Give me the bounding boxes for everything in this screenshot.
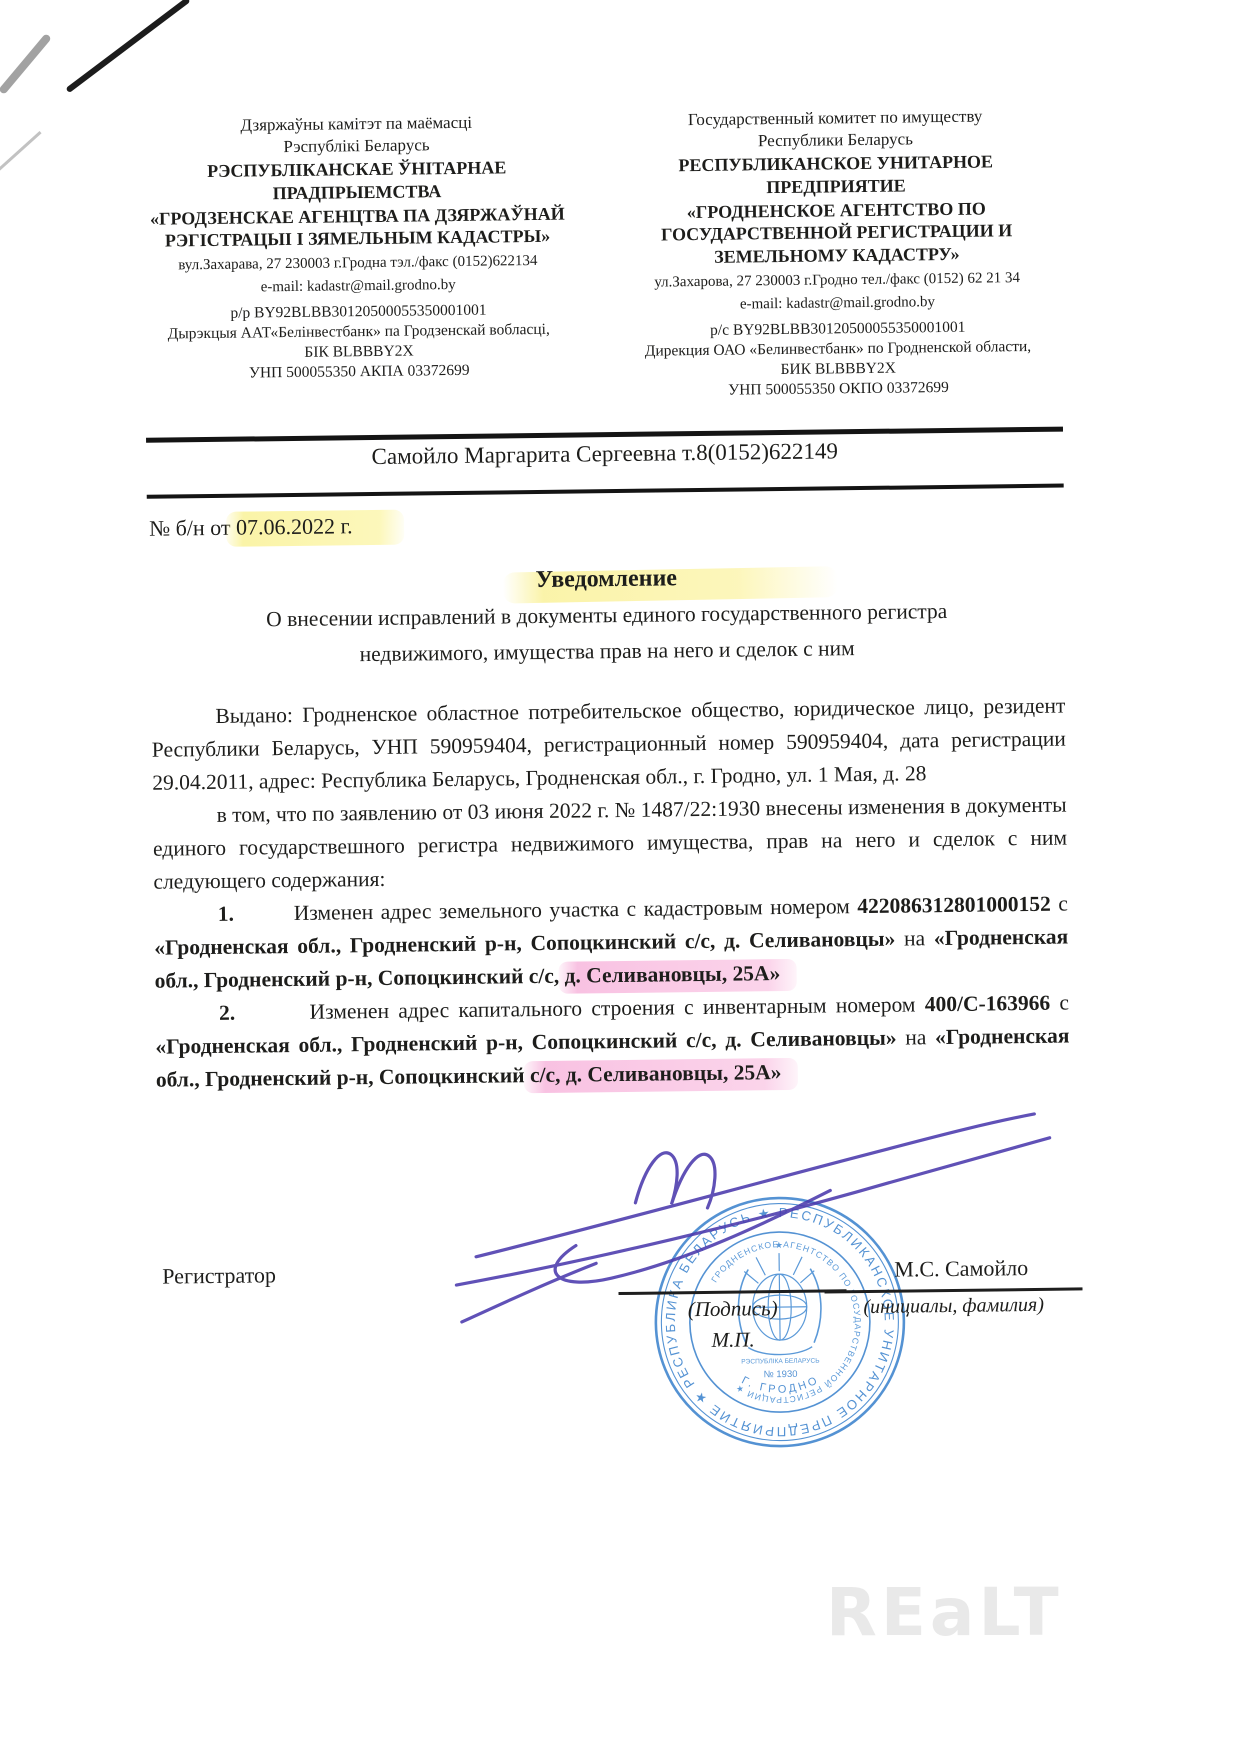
stamp-number: № 1930 [763,1369,797,1380]
address-by: вул.Захарава, 27 230003 г.Гродна тэл./фа… [142,251,574,276]
contact-person-line: Самойло Маргарита Сергеевна т.8(0152)622… [146,436,1063,473]
letterhead-belarusian: Дзяржаўны камітэт па маёмасці Рэспублікі… [140,111,576,408]
document-content: Дзяржаўны камітэт па маёмасці Рэспублікі… [0,0,1240,1754]
paragraph-statement: в том, что по заявлению от 03 июня 2022 … [152,789,1067,899]
text-segment: на [896,1025,935,1049]
text-segment: 422086312801000152 [857,892,1051,918]
org-name-by: РЭСПУБЛІКАНСКАЕ ЎНІТАРНАЕ ПРАДПРЫЕМСТВА [141,156,574,207]
signer-name: М.С. Самойло [851,1255,1071,1284]
reference-line: № б/н от 07.06.2022 г. [149,513,353,541]
paragraph-issued-to: Выдано: Гродненское областное потребител… [151,690,1066,800]
text-segment: «Гродненская обл., Гродненский р-н, Сопо… [154,927,895,960]
text-segment: «Гродненская обл., Гродненский р-н, Сопо… [155,1026,896,1059]
stamp-ribbon-text: РЭСПУБЛІКА БЕЛАРУСЬ [741,1358,819,1366]
unp-ru: УНП 500055350 ОКПО 03372699 [613,377,1063,403]
reference-prefix: № б/н от [149,515,236,541]
text-segment: д. Селивановцы, 25А» [558,959,796,994]
rule-bottom [147,484,1064,499]
email-by: e-mail: kadastr@mail.grodno.by [142,275,574,300]
registrar-label: Регистратор [162,1262,276,1289]
text-segment: с [1051,892,1068,916]
document-date-highlighted: 07.06.2022 г. [226,510,405,547]
text-segment: 1. [218,901,294,926]
text-segment: на [895,926,934,950]
text-segment: 400/С-163966 [925,991,1051,1017]
scanned-document-page: { "header_left": { "line1": "Дзяржаўны к… [0,0,1240,1754]
paragraph-item-1: 1. Изменен адрес земельного участка с ка… [154,888,1069,998]
org-name-ru: РЕСПУБЛИКАНСКОЕ УНИТАРНОЕ ПРЕДПРИЯТИЕ [611,150,1062,201]
text-segment: Изменен адрес капитального строения с ин… [309,992,924,1024]
document-subtitle-line1: О внесении исправлений в документы едино… [148,598,1065,634]
document-subtitle-line2: недвижимого, имущества прав на него и сд… [149,634,1066,670]
address-ru: ул.Захарова, 27 230003 г.Гродно тел./фак… [612,268,1062,293]
org-name2-ru: «ГРОДНЕНСКОЕ АГЕНТСТВО ПО ГОСУДАРСТВЕННО… [611,196,1062,270]
seal-place-label: М.П. [619,1326,847,1354]
email-ru: e-mail: kadastr@mail.grodno.by [612,292,1062,317]
initials-caption: (инициалы, фамилия) [813,1293,1095,1319]
org-name2-by: «ГРОДЗЕНСКАЕ АГЕНЦТВА ПА ДЗЯРЖАЎНАЙ РЭГІ… [141,202,574,253]
text-segment: Изменен адрес земельного участка с кадас… [294,894,858,925]
text-segment: 2. [219,1000,310,1025]
text-segment: с [1050,991,1069,1015]
document-body: Выдано: Гродненское областное потребител… [151,690,1070,1097]
letterhead-russian: Государственный комитет по имуществу Рес… [610,105,1064,403]
document-title: Уведомление [148,561,1065,599]
unp-by: УНП 500055350 АКПА 03372699 [143,360,575,385]
letterhead: Дзяржаўны камітэт па маёмасці Рэспублікі… [140,105,1064,408]
